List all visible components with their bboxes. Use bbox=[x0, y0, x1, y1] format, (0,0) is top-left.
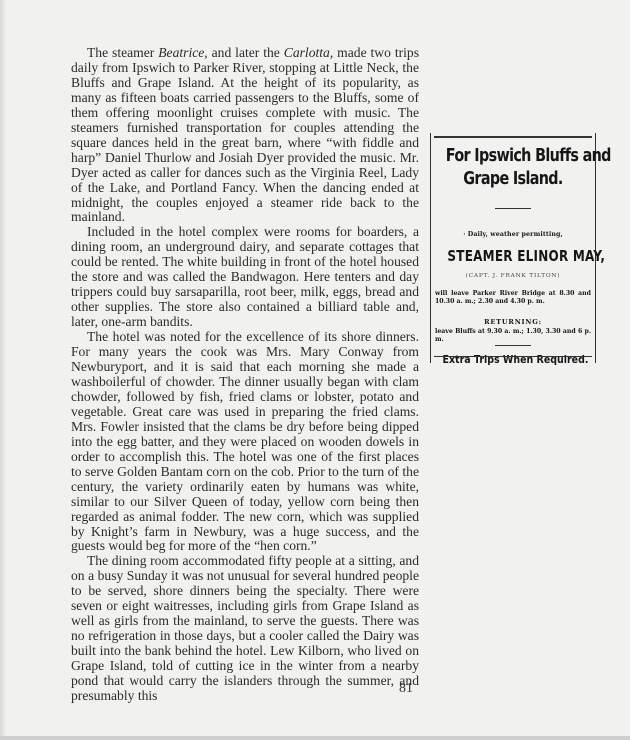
text-segment: made two trips daily from Ipswich to Par… bbox=[71, 45, 419, 224]
paragraph-1: The steamer Beatrice, and later the Carl… bbox=[71, 46, 419, 225]
ad-daily-note: · Daily, weather permitting, bbox=[431, 231, 595, 238]
ad-steamer-name: STEAMER ELINOR MAY, bbox=[447, 247, 578, 265]
text-segment: The hotel was noted for the excellence o… bbox=[71, 329, 419, 553]
text-segment: The dining room accommodated fifty peopl… bbox=[71, 553, 419, 703]
ad-departure-schedule: will leave Parker River Bridge at 8.30 a… bbox=[435, 290, 591, 306]
text-segment: and later the bbox=[208, 45, 284, 60]
paragraph-3: The hotel was noted for the excellence o… bbox=[71, 330, 419, 554]
ad-captain: (CAPT. J. FRANK TILTON) bbox=[431, 273, 595, 279]
ad-returning-label: RETURNING: bbox=[431, 318, 595, 326]
text-segment: The steamer bbox=[87, 45, 158, 60]
page-bottom-edge bbox=[0, 736, 630, 740]
ad-top-rule bbox=[434, 136, 592, 138]
ad-return-schedule: leave Bluffs at 9.30 a. m.; 1.30, 3.30 a… bbox=[435, 328, 591, 344]
page-number: 81 bbox=[399, 681, 413, 697]
page-binding-shadow bbox=[0, 0, 6, 740]
ad-bottom-rule bbox=[434, 356, 592, 358]
ship-name-carlotta: Carlotta, bbox=[284, 45, 333, 60]
ship-name-beatrice: Beatrice, bbox=[158, 45, 207, 60]
paragraph-4: The dining room accommodated fifty peopl… bbox=[71, 554, 419, 704]
paragraph-2: Included in the hotel complex were rooms… bbox=[71, 225, 419, 330]
ad-title-line-1: For Ipswich Bluffs and bbox=[446, 145, 580, 168]
steamer-advertisement: For Ipswich Bluffs and Grape Island. · D… bbox=[430, 133, 596, 363]
text-segment: Included in the hotel complex were rooms… bbox=[71, 224, 419, 329]
ad-title: For Ipswich Bluffs and Grape Island. bbox=[446, 145, 580, 191]
ad-divider bbox=[495, 345, 531, 346]
body-text-column: The steamer Beatrice, and later the Carl… bbox=[71, 46, 419, 704]
ad-divider bbox=[495, 208, 531, 209]
ad-title-line-2: Grape Island. bbox=[446, 168, 580, 191]
